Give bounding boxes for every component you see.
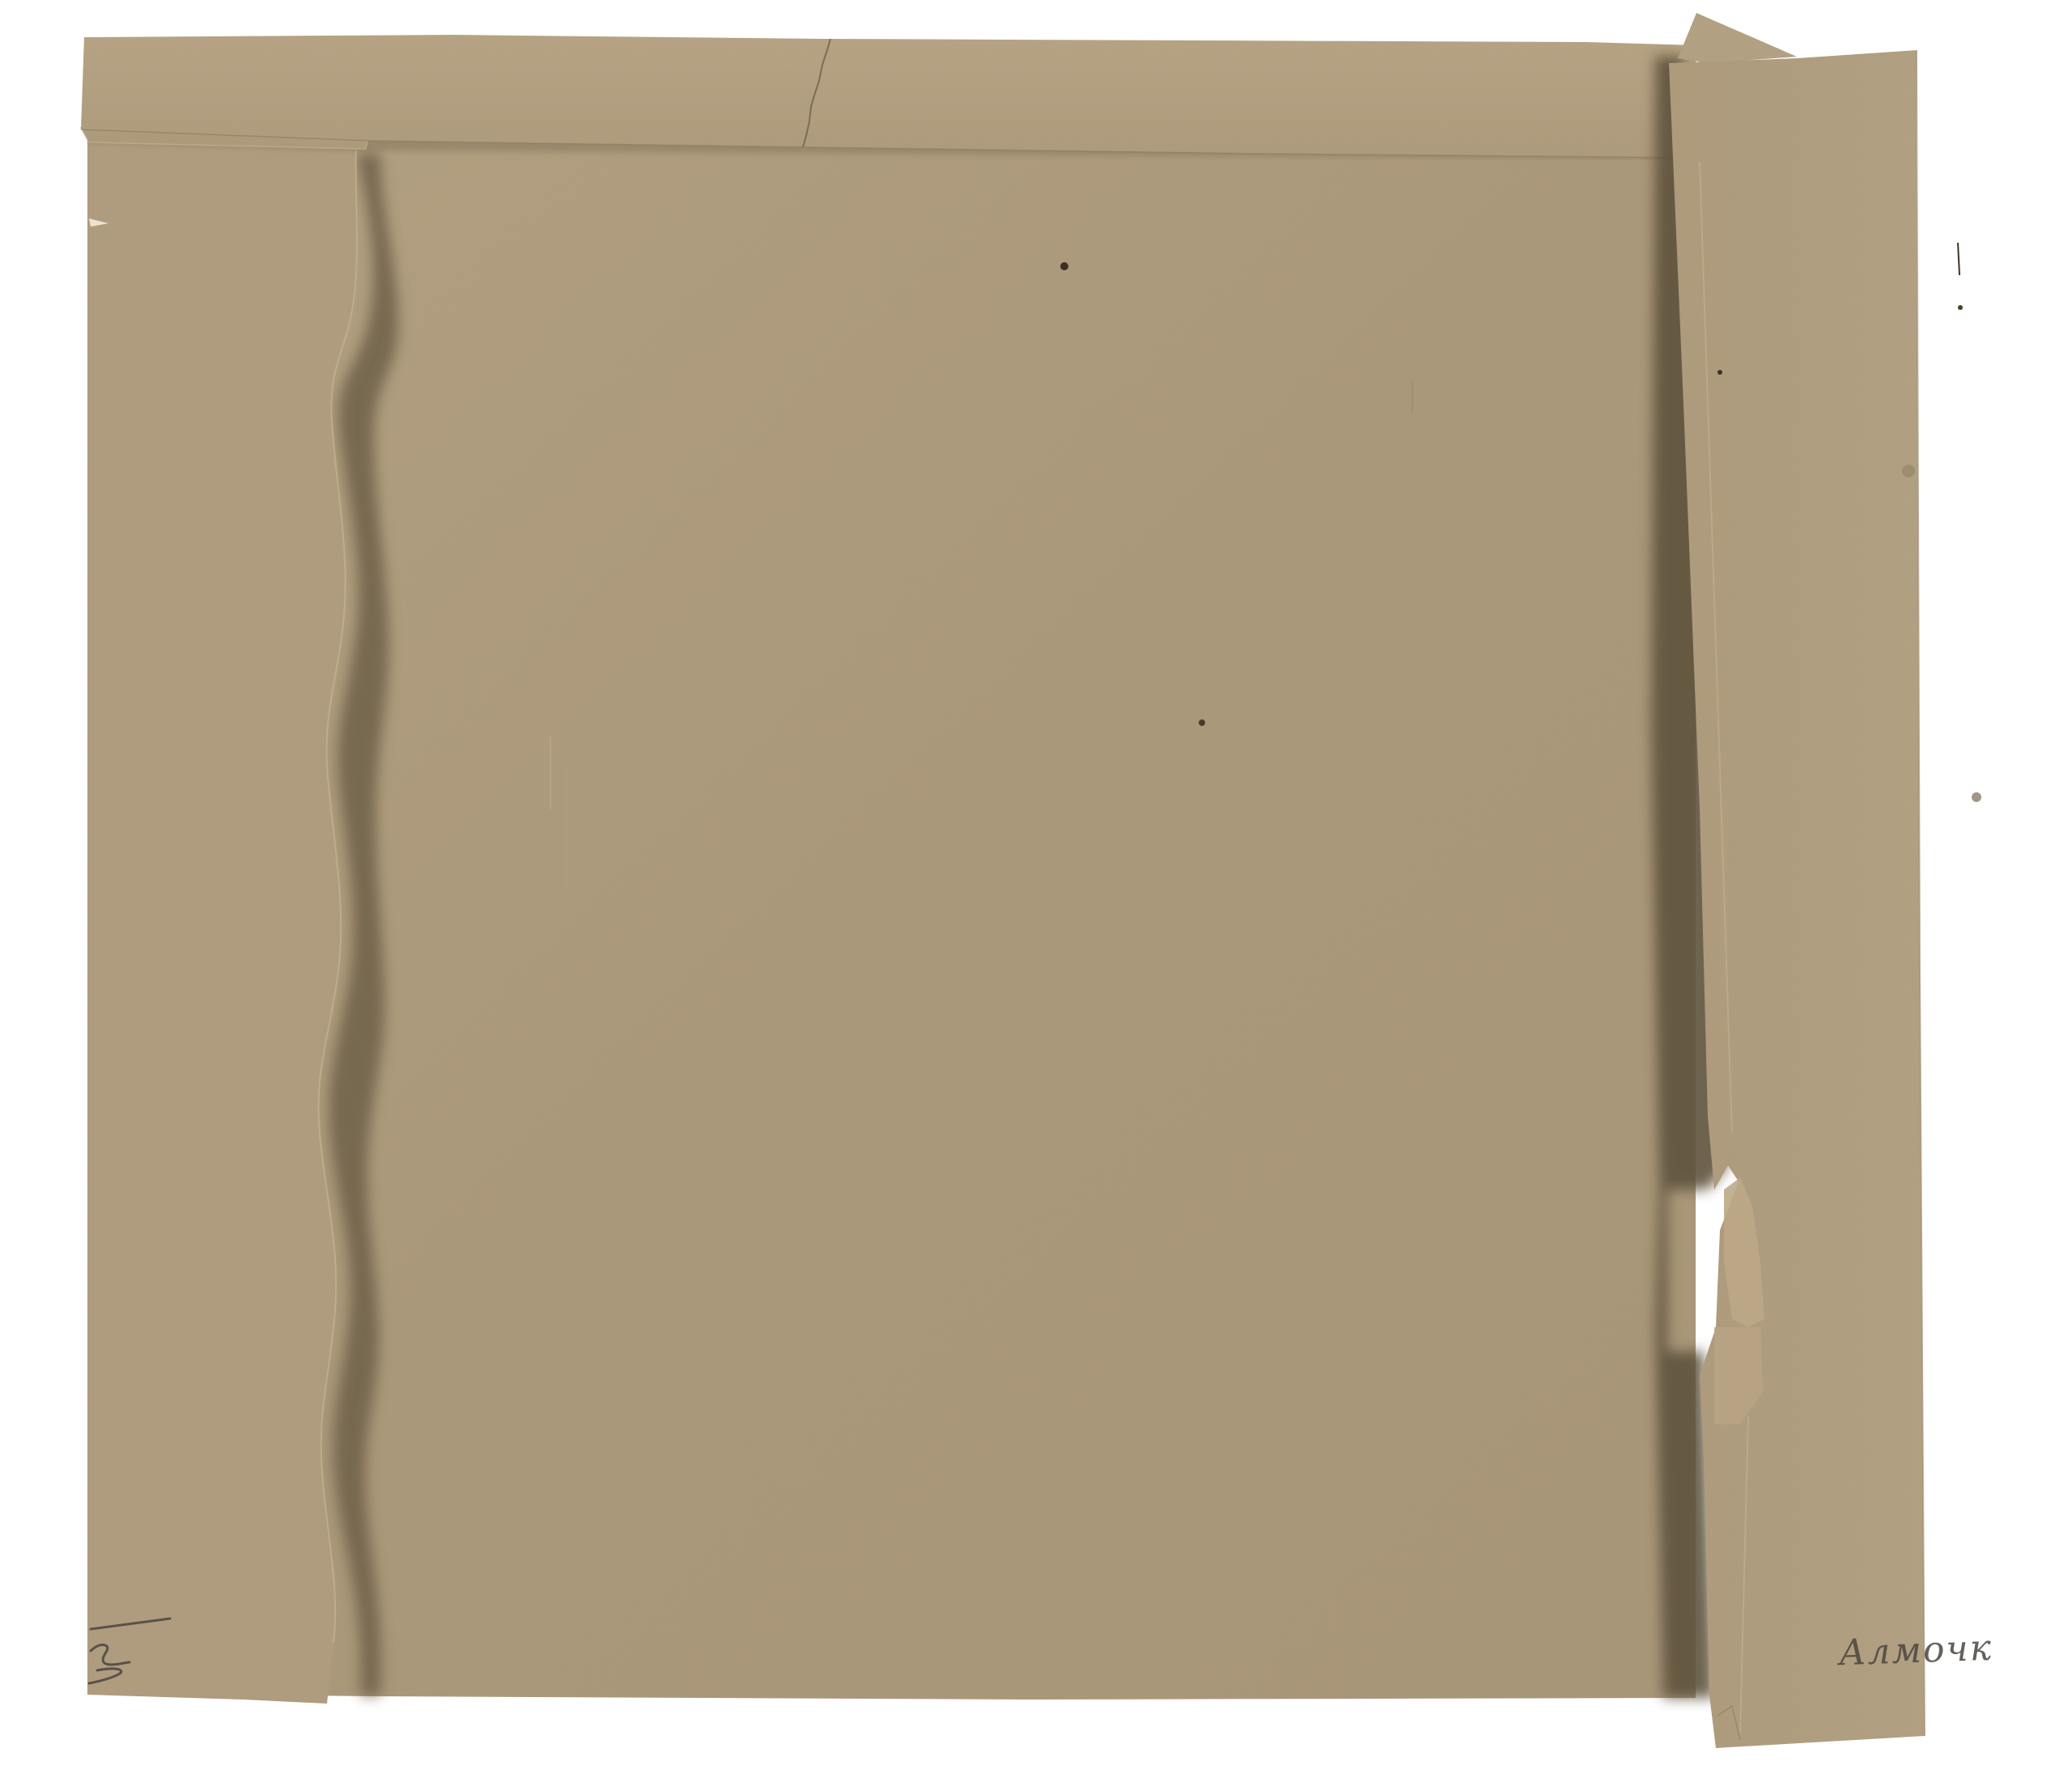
paper-artwork bbox=[0, 0, 2072, 1778]
left-torn-strip bbox=[87, 136, 357, 1704]
right-folded-strip bbox=[1669, 13, 1925, 1748]
top-folded-band bbox=[81, 35, 1696, 159]
inscription-bottom-right: Алмочк bbox=[1838, 1627, 1993, 1674]
